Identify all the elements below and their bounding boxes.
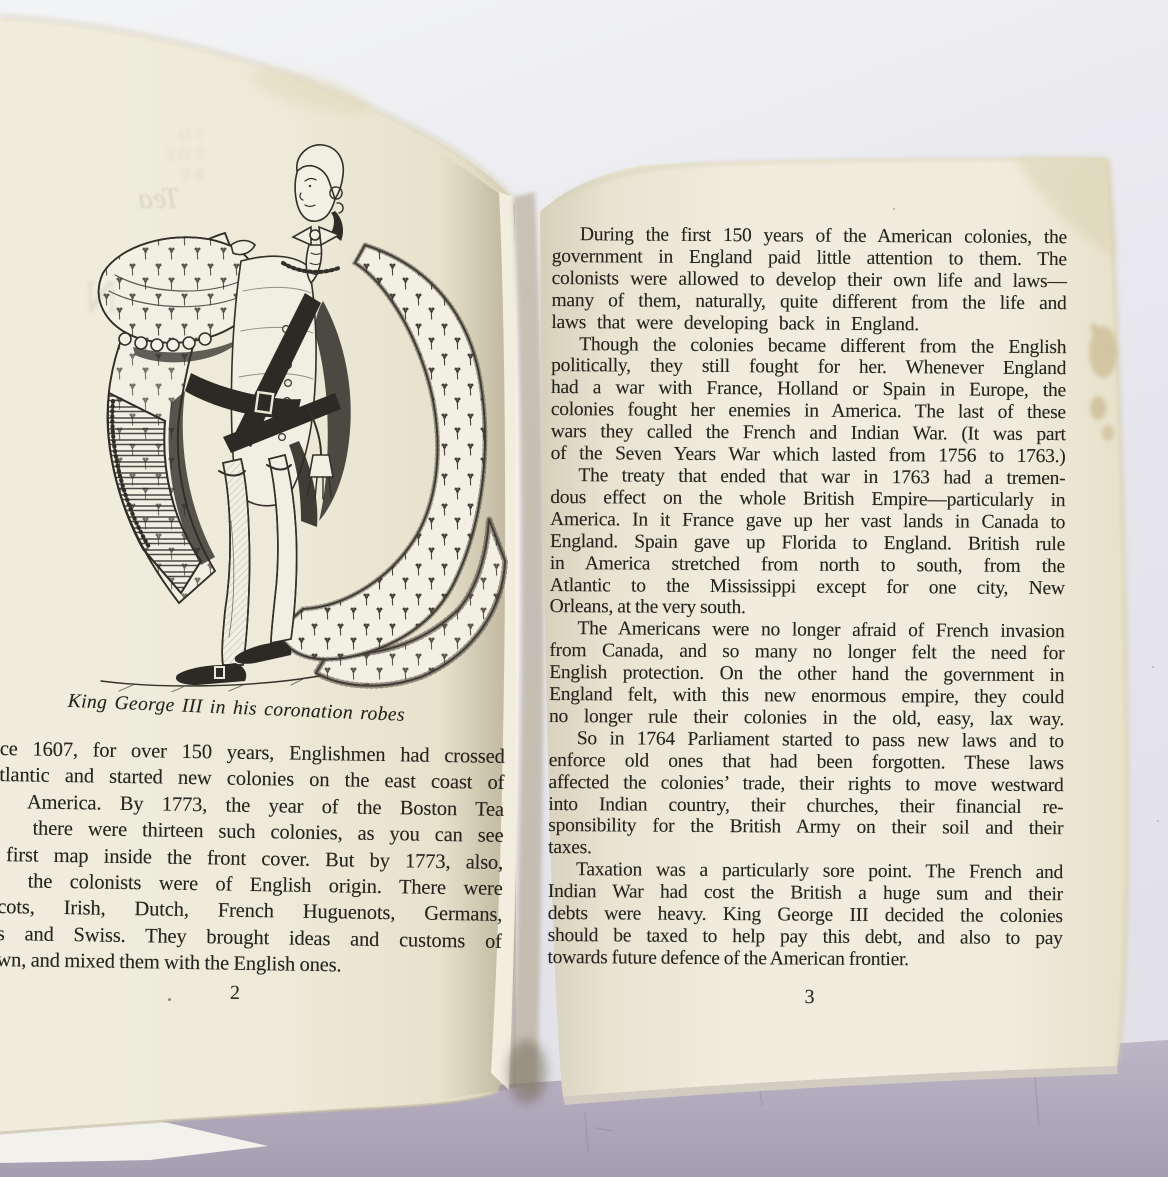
paper-speck: [1152, 666, 1154, 668]
front-shoe: [176, 663, 246, 685]
right-page: [540, 158, 1127, 1097]
paper-speck: [168, 998, 171, 1001]
paper-speck: [1157, 820, 1159, 822]
king-george-illustration: [73, 140, 513, 692]
hand: [231, 241, 255, 255]
tassel: [309, 455, 333, 477]
gutter-bottom-shadow: [507, 1040, 547, 1104]
cravat-knot: [310, 230, 320, 240]
paper-speck: [893, 208, 895, 210]
